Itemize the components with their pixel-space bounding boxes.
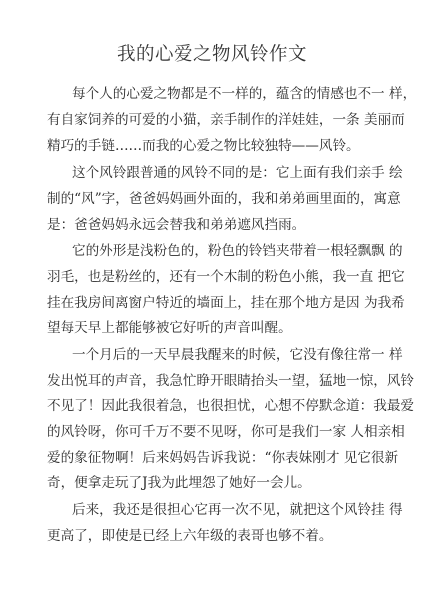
text-line: 发出悦耳的声音，我急忙睁开眼睛抬头一望，猛地一惊，风铃 xyxy=(47,372,383,390)
text-line: 是：爸爸妈妈永远会替我和弟弟遮风挡雨。 xyxy=(47,216,383,234)
text-line: 制的“风”字，爸爸妈妈画外面的，我和弟弟画里面的，寓意 xyxy=(47,190,383,208)
text-line: 有自家饲养的可爱的小猫，亲手制作的洋娃娃，一条 美丽而 xyxy=(47,111,383,129)
text-line: 挂在我房间离窗户特近的墙面上，挂在那个地方是因 为我希 xyxy=(47,294,383,312)
text-line: 一个月后的一天早晨我醒来的时候，它没有像往常一 样 xyxy=(72,346,383,364)
text-line: 精巧的手链……而我的心爱之物比较独特——风铃。 xyxy=(47,137,383,155)
text-line: 后来，我还是很担心它再一次不见，就把这个风铃挂 得 xyxy=(72,501,383,519)
document-title: 我的心爱之物风铃作文 xyxy=(0,40,424,66)
text-line: 每个人的心爱之物都是不一样的，蕴含的情感也不一 样， xyxy=(72,85,383,103)
text-line: 这个风铃跟普通的风铃不同的是：它上面有我们亲手 绘 xyxy=(72,164,383,182)
text-line: 的风铃呀，你可千万不要不见呀，你可是我们一家 人相亲相 xyxy=(47,423,383,441)
text-line: 望每天早上都能够被它好听的声音叫醒。 xyxy=(47,319,383,337)
text-line: 更高了，即使是已经上六年级的表哥也够不着。 xyxy=(47,527,383,545)
text-line: 不见了！因此我很着急，也很担忧，心想不停默念道：我最爱 xyxy=(47,397,383,415)
text-line: 它的外形是浅粉色的，粉色的铃铛夹带着一根轻飘飘 的 xyxy=(72,242,383,260)
text-line: 奇，便拿走玩了J我为此埋怨了她好一会儿。 xyxy=(47,474,383,492)
text-line: 爱的象征物啊！后来妈妈告诉我说：“你表妹刚才 见它很新 xyxy=(47,449,383,467)
text-line: 羽毛，也是粉丝的，还有一个木制的粉色小熊，我一直 把它 xyxy=(47,268,383,286)
